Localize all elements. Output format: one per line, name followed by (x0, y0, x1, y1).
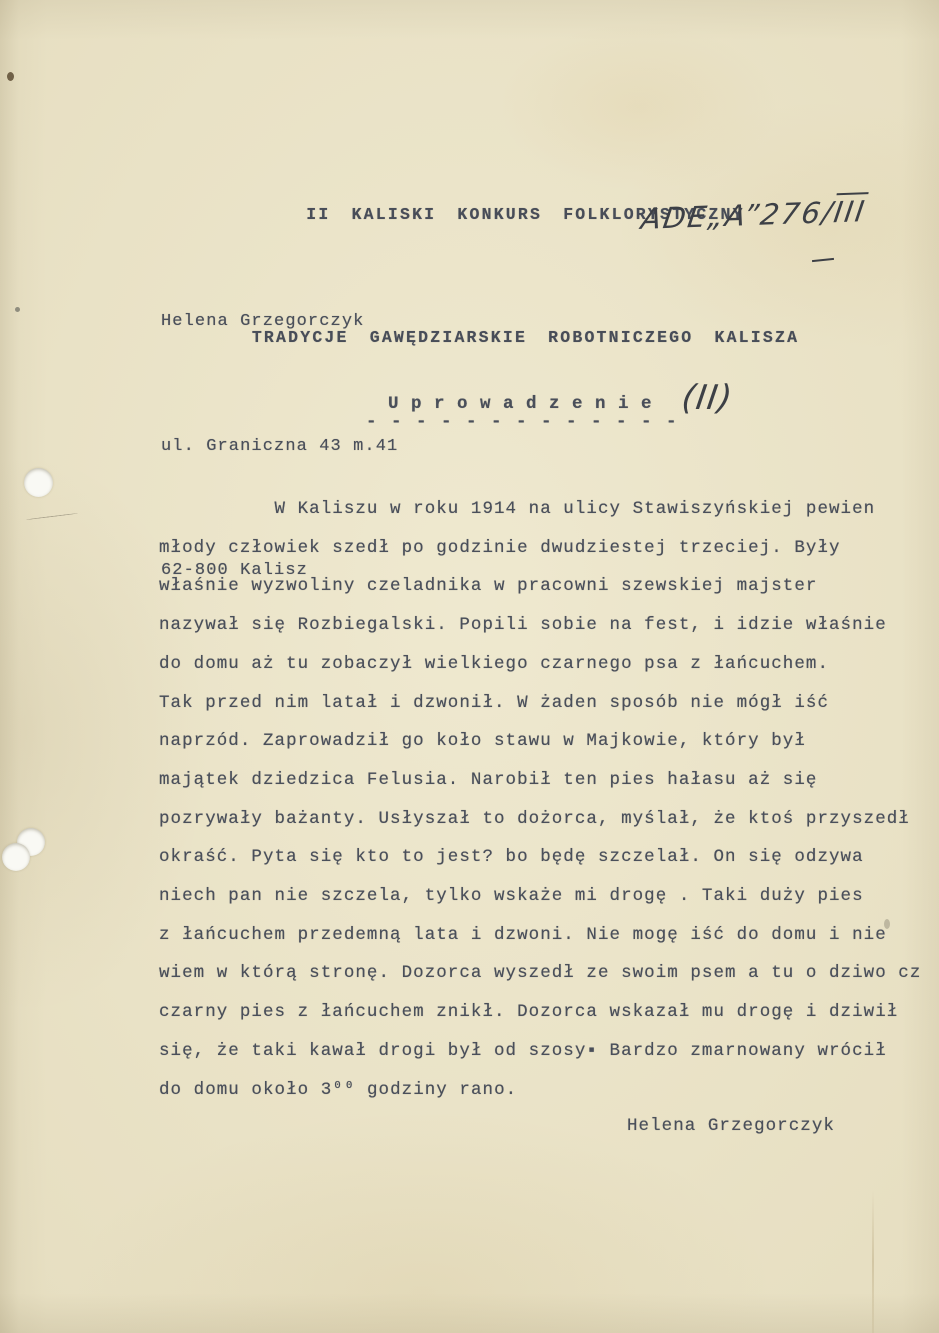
paper-stain (7, 72, 14, 81)
handwritten-heading-annotation: (II) (679, 378, 735, 418)
body-text-line: z łańcuchem przedemną lata i dzwoni. Nie… (159, 916, 935, 955)
body-text-line: Tak przed nim latał i dzwonił. W żaden s… (159, 684, 935, 723)
scanned-document-page: II KALISKI KONKURS FOLKLORYSTYCZNY TRADY… (0, 0, 939, 1333)
signature: Helena Grzegorczyk (627, 1116, 835, 1136)
paper-stain (15, 307, 20, 312)
paper-crease (872, 1190, 874, 1333)
body-text-line: pozrywały bażanty. Usłyszał to dożorca, … (159, 800, 935, 839)
body-text-line: okraść. Pyta się kto to jest? bo będę sz… (159, 838, 935, 877)
body-text-line: majątek dziedzica Felusia. Narobił ten p… (159, 761, 935, 800)
archive-ref-roman-numeral: III (832, 194, 869, 229)
body-text-line: czarny pies z łańcuchem znikł. Dozorca w… (159, 993, 935, 1032)
hole-punch-top (24, 468, 53, 497)
section-heading: U p r o w a d z e n i e (388, 394, 653, 414)
author-street: ul. Graniczna 43 m.41 (161, 426, 398, 468)
hole-punch-bottom-offset (2, 843, 30, 871)
body-text-line: młody człowiek szedł po godzinie dwudzie… (159, 529, 935, 568)
author-name: Helena Grzegorczyk (161, 301, 398, 343)
body-text-line: wiem w którą stronę. Dozorca wyszedł ze … (159, 954, 935, 993)
body-text-line: się, że taki kawał drogi był od szosy▪ B… (159, 1032, 935, 1071)
archive-ref-prefix: ADE„A”276/ (639, 195, 837, 236)
section-heading-underline: - - - - - - - - - - - - - (366, 412, 679, 432)
body-text-line: nazywał się Rozbiegalski. Popili sobie n… (159, 606, 935, 645)
body-text-line: do domu około 3⁰⁰ godziny rano. (159, 1071, 935, 1110)
body-text-line: W Kaliszu w roku 1914 na ulicy Stawiszyń… (159, 490, 935, 529)
body-text-line: niech pan nie szczela, tylko wskaże mi d… (159, 877, 935, 916)
body-text: W Kaliszu w roku 1914 na ulicy Stawiszyń… (159, 490, 935, 1109)
body-text-line: właśnie wyzwoliny czeladnika w pracowni … (159, 567, 935, 606)
paper-stain (884, 919, 890, 929)
body-text-line: naprzód. Zaprowadził go koło stawu w Maj… (159, 722, 935, 761)
pencil-scribble-mark (26, 513, 78, 520)
body-text-line: do domu aż tu zobaczył wielkiego czarneg… (159, 645, 935, 684)
